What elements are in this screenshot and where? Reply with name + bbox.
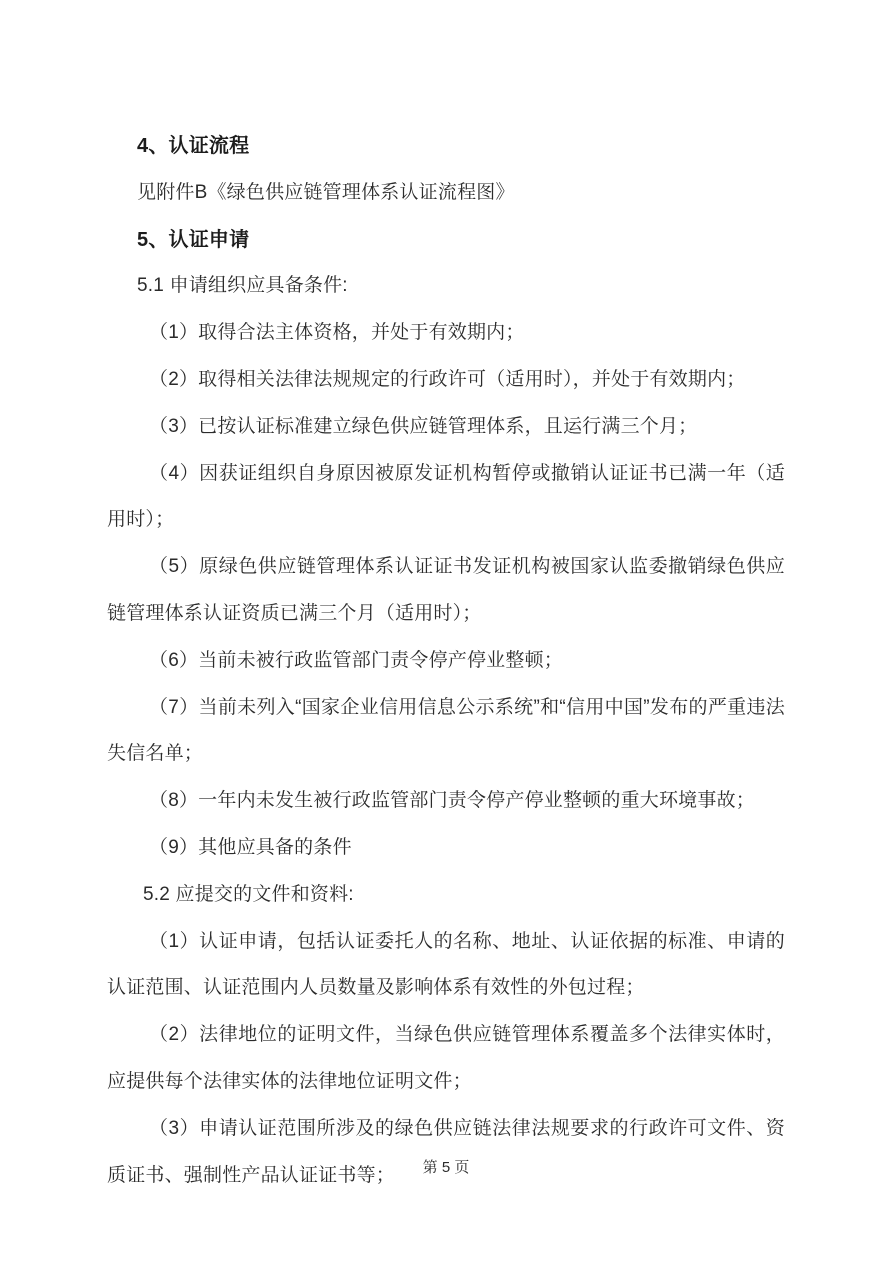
list-item-5-1-8: （8）一年内未发生被行政监管部门责令停产停业整顿的重大环境事故； [107,778,785,825]
list-item-5-2-2: （2）法律地位的证明文件，当绿色供应链管理体系覆盖多个法律实体时，应提供每个法律… [107,1012,785,1106]
paragraph-attachment-ref: 见附件B《绿色供应链管理体系认证流程图》 [107,170,785,217]
subsection-5-2-title: 5.2 应提交的文件和资料: [107,872,785,919]
list-item-5-1-6: （6）当前未被行政监管部门责令停产停业整顿； [107,638,785,685]
list-item-5-2-1: （1）认证申请，包括认证委托人的名称、地址、认证依据的标准、申请的认证范围、认证… [107,919,785,1013]
section-heading-4: 4、认证流程 [107,123,785,170]
document-body: 4、认证流程 见附件B《绿色供应链管理体系认证流程图》 5、认证申请 5.1 申… [107,123,785,1199]
list-item-5-1-3: （3）已按认证标准建立绿色供应链管理体系，且运行满三个月； [107,404,785,451]
list-item-5-1-5: （5）原绿色供应链管理体系认证证书发证机构被国家认监委撤销绿色供应链管理体系认证… [107,544,785,638]
page-footer: 第 5 页 [0,1152,892,1184]
section-heading-5: 5、认证申请 [107,217,785,264]
list-item-5-1-7: （7）当前未列入“国家企业信用信息公示系统”和“信用中国”发布的严重违法失信名单… [107,685,785,779]
list-item-5-1-2: （2）取得相关法律法规规定的行政许可（适用时），并处于有效期内； [107,357,785,404]
subsection-5-1-title: 5.1 申请组织应具备条件: [107,263,785,310]
document-page: 4、认证流程 见附件B《绿色供应链管理体系认证流程图》 5、认证申请 5.1 申… [0,0,892,1262]
list-item-5-1-1: （1）取得合法主体资格，并处于有效期内； [107,310,785,357]
list-item-5-1-9: （9）其他应具备的条件 [107,825,785,872]
page-number: 第 5 页 [423,1159,470,1176]
list-item-5-1-4: （4）因获证组织自身原因被原发证机构暂停或撤销认证证书已满一年（适用时）； [107,451,785,545]
